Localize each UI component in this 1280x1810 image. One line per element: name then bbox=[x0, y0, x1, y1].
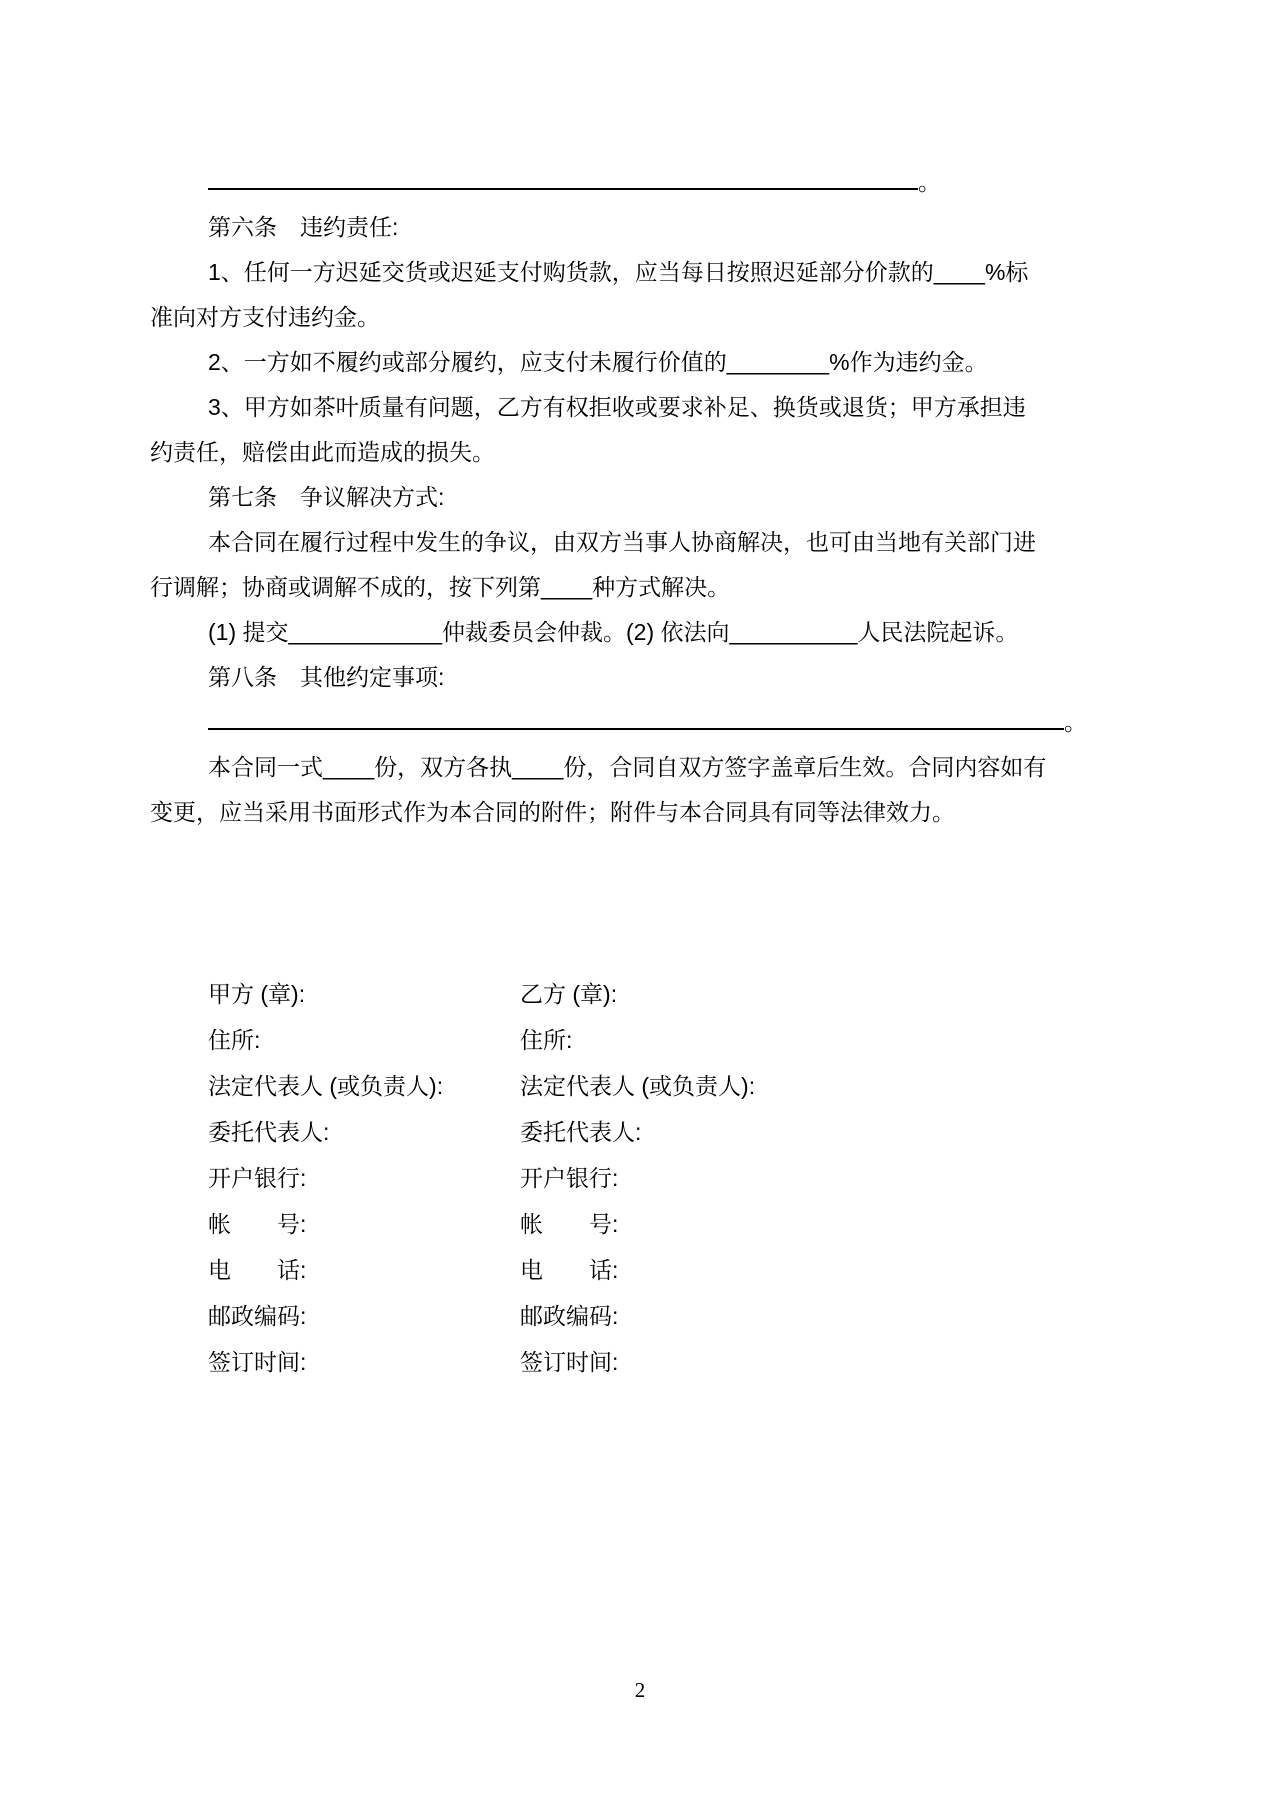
signature-row: 委托代表人: 委托代表人: bbox=[150, 1109, 1130, 1155]
contract-line: 变更，应当采用书面形式作为本合同的附件；附件与本合同具有同等法律效力。 bbox=[150, 790, 1130, 835]
contract-line: 。 bbox=[150, 700, 1130, 745]
contract-line-text: 1、任何一方迟延交货或迟延支付购货款，应当每日按照迟延部分价款的____%标 bbox=[208, 259, 1028, 285]
contract-line-text: 约责任，赔偿由此而造成的损失。 bbox=[150, 439, 495, 465]
party-a-field-label: 甲方 (章): bbox=[208, 971, 305, 1017]
contract-line-text: 3、甲方如茶叶质量有问题，乙方有权拒收或要求补足、换货或退货；甲方承担违 bbox=[208, 394, 1026, 420]
signature-row: 邮政编码: 邮政编码: bbox=[150, 1293, 1130, 1339]
party-b-field-label: 签订时间: bbox=[520, 1339, 618, 1385]
contract-line-text: 第六条 违约责任: bbox=[208, 214, 398, 240]
contract-body: 。第六条 违约责任:1、任何一方迟延交货或迟延支付购货款，应当每日按照迟延部分价… bbox=[150, 160, 1130, 1385]
contract-line: 1、任何一方迟延交货或迟延支付购货款，应当每日按照迟延部分价款的____%标 bbox=[150, 250, 1130, 295]
signature-row: 开户银行: 开户银行: bbox=[150, 1155, 1130, 1201]
signature-section: 甲方 (章): 乙方 (章): 住所: 住所: 法定代表人 (或负责人): 法定… bbox=[150, 971, 1130, 1385]
contract-line-text: 准向对方支付违约金。 bbox=[150, 304, 380, 330]
party-a-field-label: 邮政编码: bbox=[208, 1293, 306, 1339]
contract-line: 约责任，赔偿由此而造成的损失。 bbox=[150, 430, 1130, 475]
contract-line-text: 本合同一式____份，双方各执____份，合同自双方签字盖章后生效。合同内容如有 bbox=[208, 754, 1046, 780]
contract-line-text: 2、一方如不履约或部分履约，应支付未履行价值的________%作为违约金。 bbox=[208, 349, 988, 375]
party-b-field-label: 乙方 (章): bbox=[520, 971, 617, 1017]
page-number: 2 bbox=[0, 1678, 1280, 1703]
party-b-field-label: 电 话: bbox=[520, 1247, 618, 1293]
party-a-field-label: 电 话: bbox=[208, 1247, 306, 1293]
signature-row: 帐 号: 帐 号: bbox=[150, 1201, 1130, 1247]
contract-line-text: 。 bbox=[918, 169, 941, 195]
contract-line-text: 本合同在履行过程中发生的争议，由双方当事人协商解决，也可由当地有关部门进 bbox=[208, 529, 1036, 555]
party-a-field-label: 住所: bbox=[208, 1017, 260, 1063]
party-b-field-label: 邮政编码: bbox=[520, 1293, 618, 1339]
signature-row: 住所: 住所: bbox=[150, 1017, 1130, 1063]
contract-line-text: 第八条 其他约定事项: bbox=[208, 664, 444, 690]
party-a-field-label: 法定代表人 (或负责人): bbox=[208, 1063, 443, 1109]
contract-line: 本合同在履行过程中发生的争议，由双方当事人协商解决，也可由当地有关部门进 bbox=[150, 520, 1130, 565]
party-a-field-label: 委托代表人: bbox=[208, 1109, 329, 1155]
party-b-field-label: 住所: bbox=[520, 1017, 572, 1063]
contract-line: (1) 提交____________仲裁委员会仲裁。(2) 依法向_______… bbox=[150, 610, 1130, 655]
contract-line: 准向对方支付违约金。 bbox=[150, 295, 1130, 340]
party-a-field-label: 签订时间: bbox=[208, 1339, 306, 1385]
contract-line: 第六条 违约责任: bbox=[150, 205, 1130, 250]
contract-line: 2、一方如不履约或部分履约，应支付未履行价值的________%作为违约金。 bbox=[150, 340, 1130, 385]
contract-line-text: (1) 提交____________仲裁委员会仲裁。(2) 依法向_______… bbox=[208, 619, 1018, 645]
signature-row: 甲方 (章): 乙方 (章): bbox=[150, 971, 1130, 1017]
contract-line: 行调解；协商或调解不成的，按下列第____种方式解决。 bbox=[150, 565, 1130, 610]
party-b-field-label: 委托代表人: bbox=[520, 1109, 641, 1155]
party-a-field-label: 开户银行: bbox=[208, 1155, 306, 1201]
contract-line-text: 变更，应当采用书面形式作为本合同的附件；附件与本合同具有同等法律效力。 bbox=[150, 799, 955, 825]
party-b-field-label: 开户银行: bbox=[520, 1155, 618, 1201]
contract-line-text: 第七条 争议解决方式: bbox=[208, 484, 444, 510]
contract-line: 第七条 争议解决方式: bbox=[150, 475, 1130, 520]
contract-line: 本合同一式____份，双方各执____份，合同自双方签字盖章后生效。合同内容如有 bbox=[150, 745, 1130, 790]
fill-in-blank-rule bbox=[208, 726, 1064, 730]
party-b-field-label: 法定代表人 (或负责人): bbox=[520, 1063, 755, 1109]
contract-line-text: 行调解；协商或调解不成的，按下列第____种方式解决。 bbox=[150, 574, 730, 600]
party-a-field-label: 帐 号: bbox=[208, 1201, 306, 1247]
party-b-field-label: 帐 号: bbox=[520, 1201, 618, 1247]
signature-row: 签订时间: 签订时间: bbox=[150, 1339, 1130, 1385]
fill-in-blank-rule bbox=[208, 186, 918, 190]
contract-line: 第八条 其他约定事项: bbox=[150, 655, 1130, 700]
contract-line: 3、甲方如茶叶质量有问题，乙方有权拒收或要求补足、换货或退货；甲方承担违 bbox=[150, 385, 1130, 430]
signature-row: 电 话: 电 话: bbox=[150, 1247, 1130, 1293]
contract-clauses: 。第六条 违约责任:1、任何一方迟延交货或迟延支付购货款，应当每日按照迟延部分价… bbox=[150, 160, 1130, 835]
signature-row: 法定代表人 (或负责人): 法定代表人 (或负责人): bbox=[150, 1063, 1130, 1109]
contract-line-text: 。 bbox=[1064, 709, 1087, 735]
contract-line: 。 bbox=[150, 160, 1130, 205]
